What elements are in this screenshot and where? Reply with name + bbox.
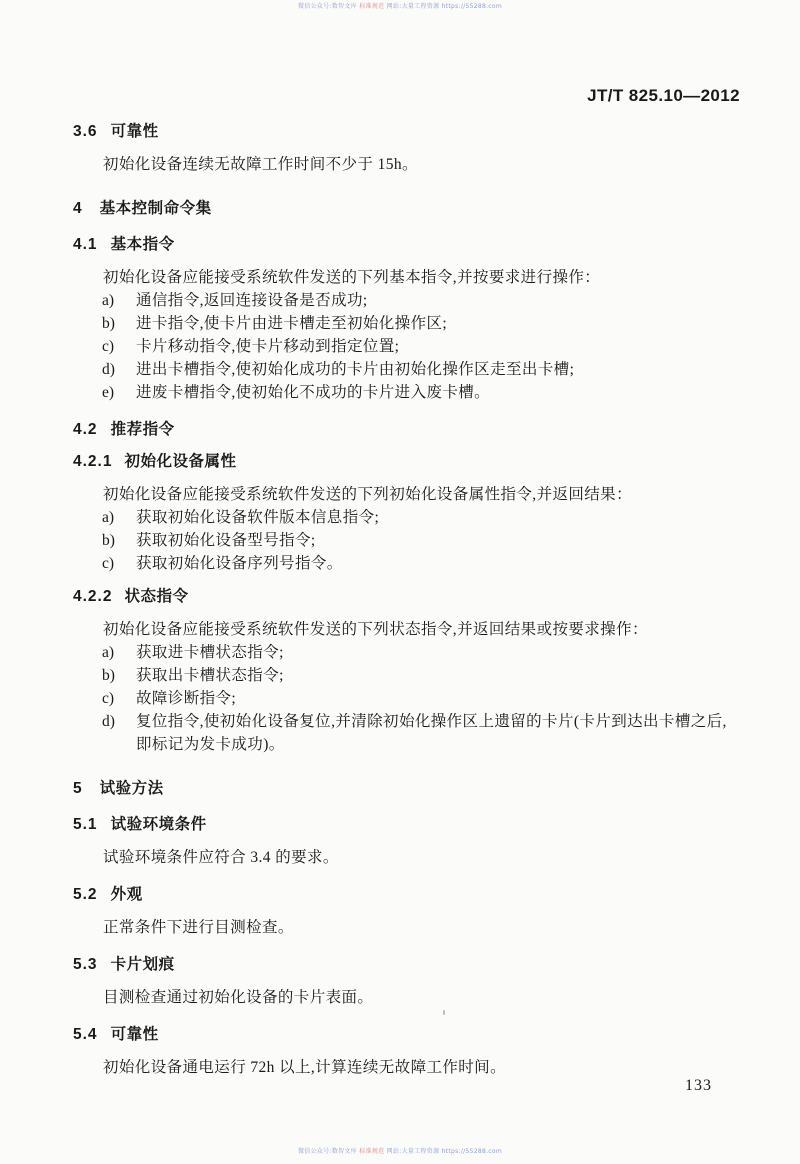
list-item-marker: e) bbox=[102, 381, 114, 404]
paragraph: 初始化设备应能接受系统软件发送的下列状态指令,并返回结果或按要求操作： bbox=[73, 618, 740, 641]
watermark-text: 网站:大量工程资源 https://55288.com bbox=[384, 1148, 502, 1155]
list-item-text: 通信指令,返回连接设备是否成功; bbox=[136, 292, 368, 309]
heading-number: 5.2 bbox=[73, 885, 98, 905]
list-item: e)进废卡槽指令,使初始化不成功的卡片进入废卡槽。 bbox=[73, 381, 740, 404]
heading-title: 可靠性 bbox=[111, 123, 159, 140]
scan-speck bbox=[443, 1010, 445, 1015]
heading-number: 4.2.2 bbox=[73, 587, 112, 607]
heading-title: 状态指令 bbox=[124, 588, 188, 605]
heading-title: 试验环境条件 bbox=[111, 816, 207, 833]
heading-number: 5.1 bbox=[73, 815, 98, 835]
paragraph: 目测检查通过初始化设备的卡片表面。 bbox=[73, 986, 740, 1009]
section-heading-4.2: 4.2推荐指令 bbox=[73, 420, 740, 440]
watermark-text-red: 标准规范 bbox=[359, 3, 384, 10]
list-item: d)进出卡槽指令,使初始化成功的卡片由初始化操作区走至出卡槽; bbox=[73, 358, 740, 381]
heading-number: 5.3 bbox=[73, 955, 98, 975]
list-item-text: 获取初始化设备序列号指令。 bbox=[136, 555, 343, 572]
page-number: 133 bbox=[685, 1076, 712, 1096]
heading-title: 卡片划痕 bbox=[111, 956, 175, 973]
standard-number-header: JT/T 825.10—2012 bbox=[73, 86, 740, 106]
section-heading-4.2.2: 4.2.2状态指令 bbox=[73, 587, 740, 607]
list-item: b)获取出卡槽状态指令; bbox=[73, 664, 740, 687]
list-item-text: 获取初始化设备软件版本信息指令; bbox=[136, 509, 379, 526]
list-item: c)获取初始化设备序列号指令。 bbox=[73, 552, 740, 575]
paragraph: 正常条件下进行目测检查。 bbox=[73, 916, 740, 939]
paragraph: 初始化设备应能接受系统软件发送的下列初始化设备属性指令,并返回结果： bbox=[73, 483, 740, 506]
section-heading-5.3: 5.3卡片划痕 bbox=[73, 955, 740, 975]
heading-number: 3.6 bbox=[73, 122, 98, 142]
watermark-bottom: 微信公众号:数智文库 标准规范 网站:大量工程资源 https://55288.… bbox=[0, 1148, 800, 1156]
list-item-text: 故障诊断指令; bbox=[136, 690, 236, 707]
section-heading-5.4: 5.4可靠性 bbox=[73, 1025, 740, 1045]
list-item-marker: c) bbox=[102, 335, 114, 358]
watermark-top: 微信公众号:数智文库 标准规范 网站:大量工程资源 https://55288.… bbox=[0, 3, 800, 11]
heading-number: 5.4 bbox=[73, 1025, 98, 1045]
list-item: c)故障诊断指令; bbox=[73, 687, 740, 710]
document-content: 3.6可靠性初始化设备连续无故障工作时间不少于 15h。4基本控制命令集4.1基… bbox=[73, 122, 740, 1079]
watermark-text: 网站:大量工程资源 https://55288.com bbox=[384, 3, 502, 10]
list-item: a)获取初始化设备软件版本信息指令; bbox=[73, 506, 740, 529]
list-item: d)复位指令,使初始化设备复位,并清除初始化操作区上遗留的卡片(卡片到达出卡槽之… bbox=[73, 710, 740, 756]
section-heading-5.1: 5.1试验环境条件 bbox=[73, 815, 740, 835]
list-item-marker: b) bbox=[102, 529, 115, 552]
heading-number: 4.1 bbox=[73, 235, 98, 255]
section-heading-4.2.1: 4.2.1初始化设备属性 bbox=[73, 452, 740, 472]
clause-list: a)获取进卡槽状态指令;b)获取出卡槽状态指令;c)故障诊断指令;d)复位指令,… bbox=[73, 641, 740, 756]
clause-list: a)通信指令,返回连接设备是否成功;b)进卡指令,使卡片由进卡槽走至初始化操作区… bbox=[73, 289, 740, 404]
paragraph: 试验环境条件应符合 3.4 的要求。 bbox=[73, 846, 740, 869]
list-item-text: 获取出卡槽状态指令; bbox=[136, 667, 284, 684]
paragraph: 初始化设备应能接受系统软件发送的下列基本指令,并按要求进行操作： bbox=[73, 266, 740, 289]
heading-title: 可靠性 bbox=[111, 1026, 159, 1043]
watermark-text-red: 标准规范 bbox=[359, 1148, 384, 1155]
document-page: 微信公众号:数智文库 标准规范 网站:大量工程资源 https://55288.… bbox=[0, 0, 800, 1164]
list-item-marker: d) bbox=[102, 710, 115, 733]
list-item: b)获取初始化设备型号指令; bbox=[73, 529, 740, 552]
list-item-text: 进废卡槽指令,使初始化不成功的卡片进入废卡槽。 bbox=[136, 384, 490, 401]
section-heading-3.6: 3.6可靠性 bbox=[73, 122, 740, 142]
heading-number: 4 bbox=[73, 198, 83, 219]
section-heading-4: 4基本控制命令集 bbox=[73, 198, 740, 219]
list-item-marker: b) bbox=[102, 664, 115, 687]
paragraph: 初始化设备连续无故障工作时间不少于 15h。 bbox=[73, 153, 740, 176]
heading-title: 外观 bbox=[111, 886, 143, 903]
heading-number: 4.2.1 bbox=[73, 452, 112, 472]
list-item-text: 获取进卡槽状态指令; bbox=[136, 644, 284, 661]
paragraph: 初始化设备通电运行 72h 以上,计算连续无故障工作时间。 bbox=[73, 1056, 740, 1079]
list-item-marker: c) bbox=[102, 552, 114, 575]
list-item-text: 进卡指令,使卡片由进卡槽走至初始化操作区; bbox=[136, 315, 447, 332]
heading-number: 4.2 bbox=[73, 420, 98, 440]
list-item: c)卡片移动指令,使卡片移动到指定位置; bbox=[73, 335, 740, 358]
list-item-marker: a) bbox=[102, 289, 114, 312]
list-item-marker: b) bbox=[102, 312, 115, 335]
list-item-marker: d) bbox=[102, 358, 115, 381]
heading-number: 5 bbox=[73, 778, 83, 799]
list-item: a)通信指令,返回连接设备是否成功; bbox=[73, 289, 740, 312]
heading-title: 推荐指令 bbox=[111, 421, 175, 438]
list-item-text: 进出卡槽指令,使初始化成功的卡片由初始化操作区走至出卡槽; bbox=[136, 361, 574, 378]
list-item-text: 卡片移动指令,使卡片移动到指定位置; bbox=[136, 338, 399, 355]
heading-title: 基本控制命令集 bbox=[100, 200, 212, 217]
section-heading-5: 5试验方法 bbox=[73, 778, 740, 799]
list-item: a)获取进卡槽状态指令; bbox=[73, 641, 740, 664]
heading-title: 初始化设备属性 bbox=[124, 453, 236, 470]
list-item-marker: a) bbox=[102, 506, 114, 529]
section-heading-4.1: 4.1基本指令 bbox=[73, 235, 740, 255]
heading-title: 基本指令 bbox=[111, 236, 175, 253]
list-item-marker: a) bbox=[102, 641, 114, 664]
section-heading-5.2: 5.2外观 bbox=[73, 885, 740, 905]
list-item-text: 获取初始化设备型号指令; bbox=[136, 532, 316, 549]
list-item-marker: c) bbox=[102, 687, 114, 710]
watermark-text: 微信公众号:数智文库 bbox=[298, 3, 359, 10]
clause-list: a)获取初始化设备软件版本信息指令;b)获取初始化设备型号指令;c)获取初始化设… bbox=[73, 506, 740, 575]
heading-title: 试验方法 bbox=[100, 780, 164, 797]
list-item: b)进卡指令,使卡片由进卡槽走至初始化操作区; bbox=[73, 312, 740, 335]
watermark-text: 微信公众号:数智文库 bbox=[298, 1148, 359, 1155]
list-item-text: 复位指令,使初始化设备复位,并清除初始化操作区上遗留的卡片(卡片到达出卡槽之后,… bbox=[136, 713, 727, 753]
